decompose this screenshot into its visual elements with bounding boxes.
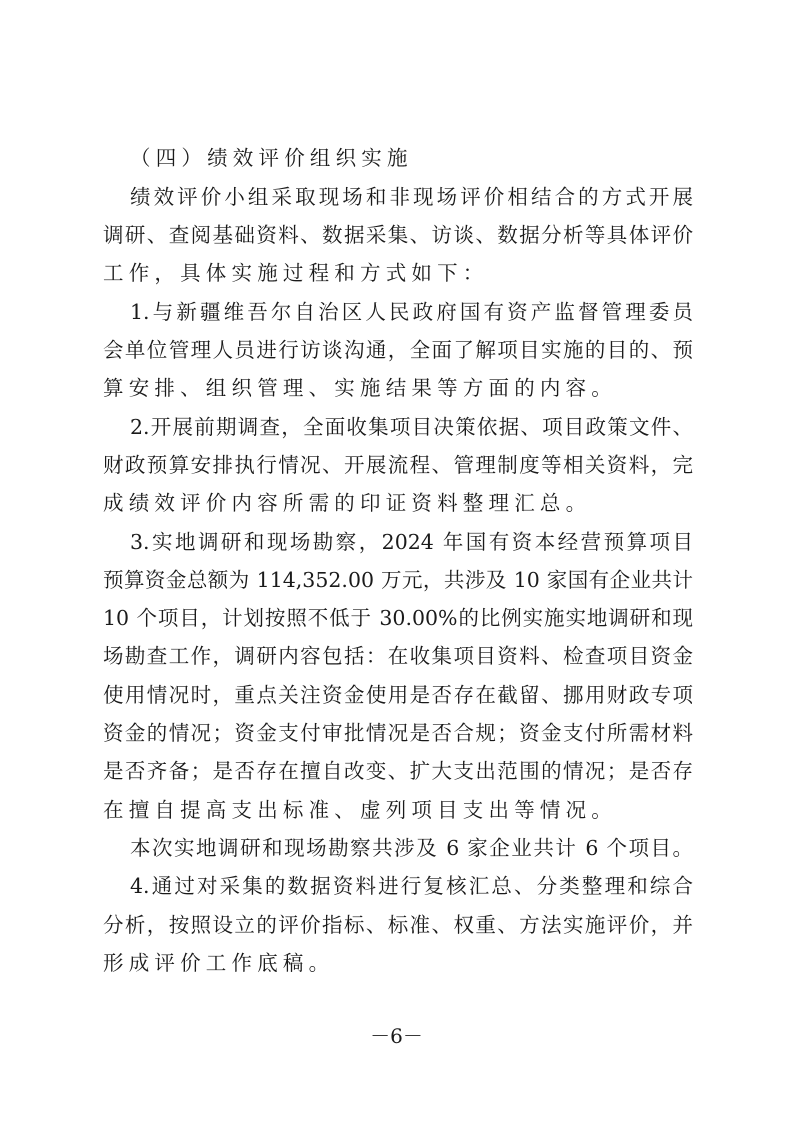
paragraph-line: 绩效评价小组采取现场和非现场评价相结合的方式开展 [130,182,693,212]
paragraph-line: 在擅自提高支出标准、虚列项目支出等情况。 [103,795,693,825]
paragraph-line: 2.开展前期调查，全面收集项目决策依据、项目政策文件、 [130,412,693,442]
paragraph-line: 3.实地调研和现场勘察，2024 年国有资本经营预算项目 [130,527,693,557]
paragraph-line: 预算资金总额为 114,352.00 万元，共涉及 10 家国有企业共计 [103,565,693,595]
paragraph-line: 工作，具体实施过程和方式如下： [103,258,693,288]
page-number: －6－ [0,1024,793,1048]
paragraph-line: 是否齐备；是否存在擅自改变、扩大支出范围的情况；是否存 [103,756,693,786]
paragraph-line: 1.与新疆维吾尔自治区人民政府国有资产监督管理委员 [130,297,693,327]
paragraph-line: 10 个项目，计划按照不低于 30.00%的比例实施实地调研和现 [103,603,693,633]
section-heading: （四）绩效评价组织实施 [130,143,693,173]
paragraph-line: 使用情况时，重点关注资金使用是否存在截留、挪用财政专项 [103,680,693,710]
paragraph-line: 资金的情况；资金支付审批情况是否合规；资金支付所需材料 [103,718,693,748]
paragraph-line: 会单位管理人员进行访谈沟通，全面了解项目实施的目的、预 [103,335,693,365]
paragraph-line: 算安排、组织管理、实施结果等方面的内容。 [103,373,693,403]
paragraph-line: 本次实地调研和现场勘察共涉及 6 家企业共计 6 个项目。 [130,833,693,863]
paragraph-line: 分析，按照设立的评价指标、标准、权重、方法实施评价，并 [103,910,693,940]
paragraph-line: 成绩效评价内容所需的印证资料整理汇总。 [103,488,693,518]
paragraph-line: 4.通过对采集的数据资料进行复核汇总、分类整理和综合 [130,871,693,901]
paragraph-line: 形成评价工作底稿。 [103,948,693,978]
paragraph-line: 调研、查阅基础资料、数据采集、访谈、数据分析等具体评价 [103,220,693,250]
paragraph-line: 场勘查工作，调研内容包括：在收集项目资料、检查项目资金 [103,641,693,671]
document-page: （四）绩效评价组织实施 绩效评价小组采取现场和非现场评价相结合的方式开展 调研、… [0,0,793,1122]
paragraph-line: 财政预算安排执行情况、开展流程、管理制度等相关资料，完 [103,450,693,480]
